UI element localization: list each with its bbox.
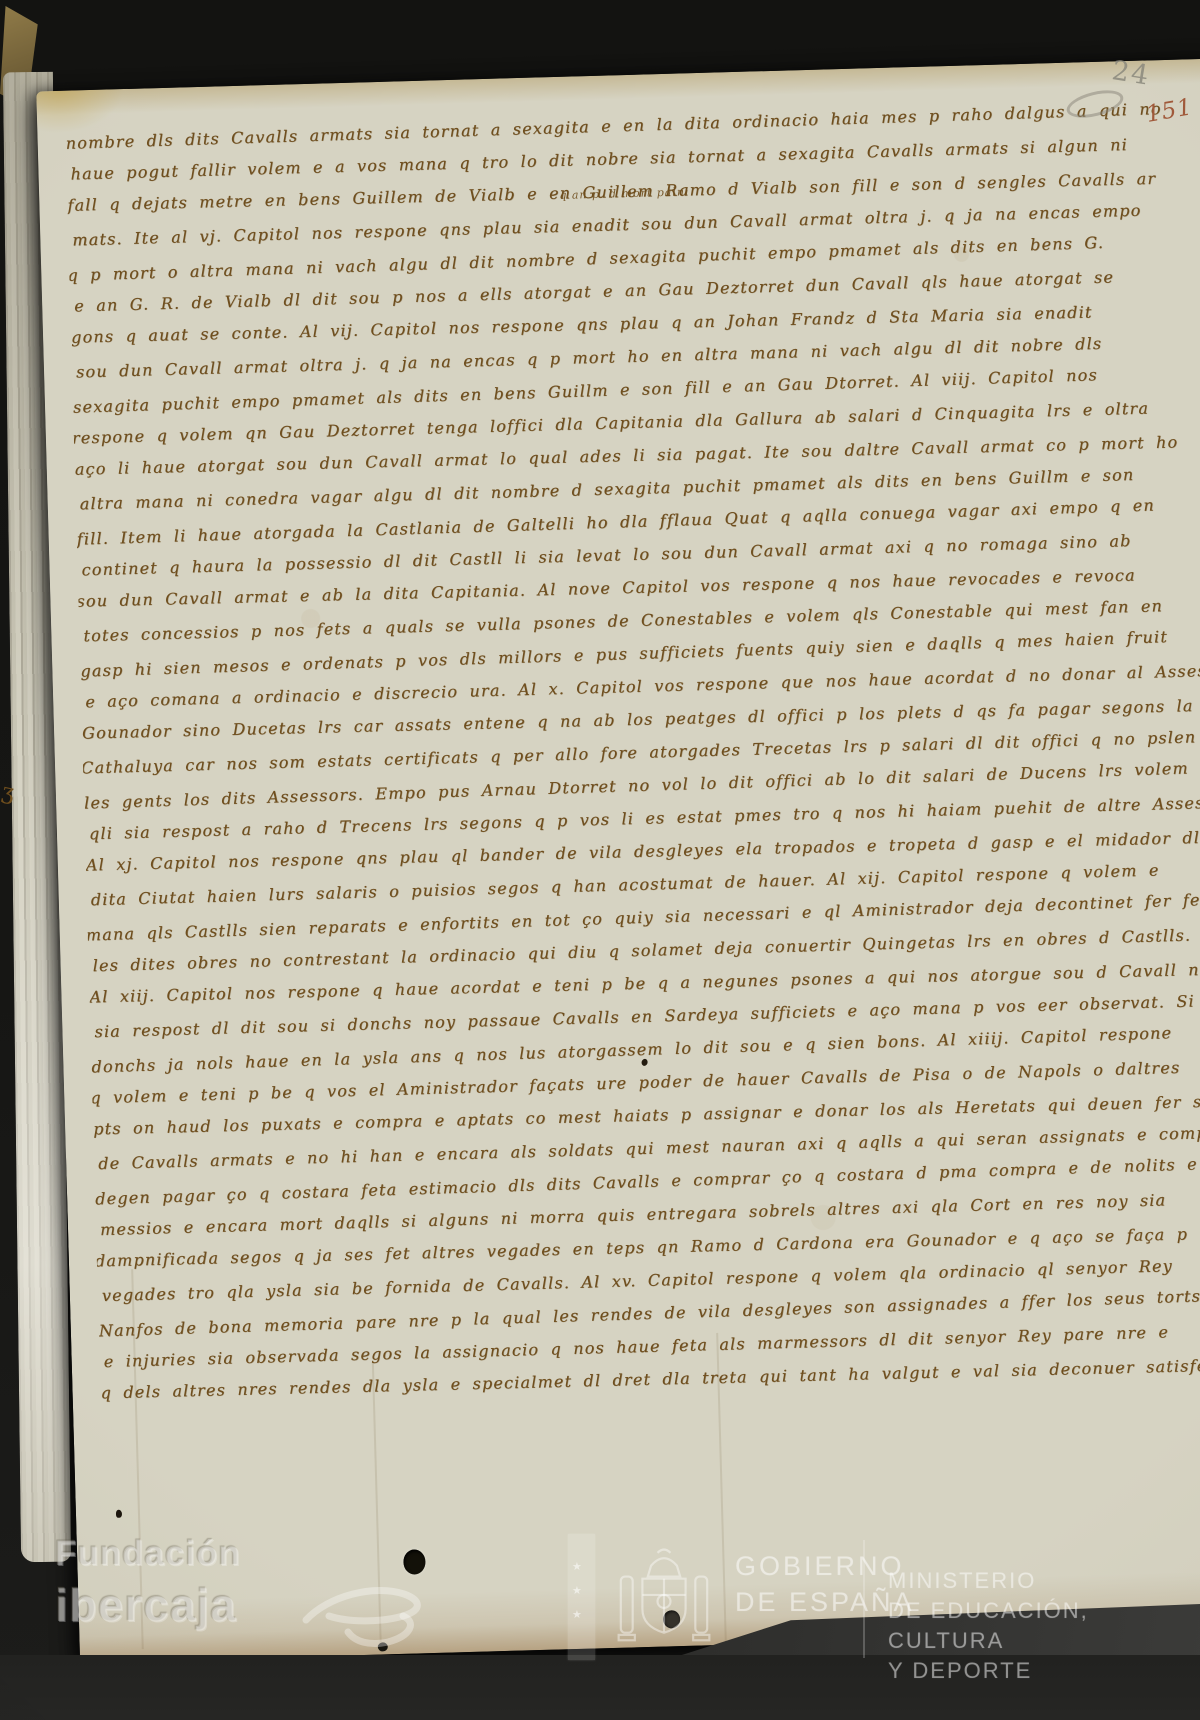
watermark-ministerio: MINISTERIO DE EDUCACIÓN, CULTURA Y DEPOR… [888, 1566, 1200, 1686]
manuscript-page: q an p. d mort palni nombre dls dits Cav… [36, 59, 1200, 1663]
watermark-fundacion-text: Fundación [55, 1534, 241, 1574]
manuscript-photo: q an p. d mort palni nombre dls dits Cav… [0, 0, 1200, 1720]
eu-star-icon: ★ [572, 1560, 582, 1573]
ink-speck [116, 1510, 122, 1518]
ministerio-line: DE EDUCACIÓN, CULTURA [888, 1596, 1200, 1656]
folio-number-pencil: 24 [1110, 55, 1153, 92]
spain-coat-of-arms-icon [610, 1540, 718, 1652]
eu-star-icon: ★ [572, 1608, 582, 1621]
watermark-divider [863, 1540, 865, 1658]
eu-stars-bar: ★ ★ ★ [568, 1534, 595, 1660]
ministerio-line: MINISTERIO [888, 1566, 1200, 1596]
eu-star-icon: ★ [572, 1584, 582, 1597]
ibercaja-logo-swoosh-icon [300, 1568, 430, 1653]
manuscript-text: nombre dls dits Cavalls armats sia torna… [65, 93, 1200, 1424]
ministerio-line: Y DEPORTE [888, 1656, 1200, 1686]
watermark-ibercaja-text: ibercaja [55, 1578, 237, 1632]
